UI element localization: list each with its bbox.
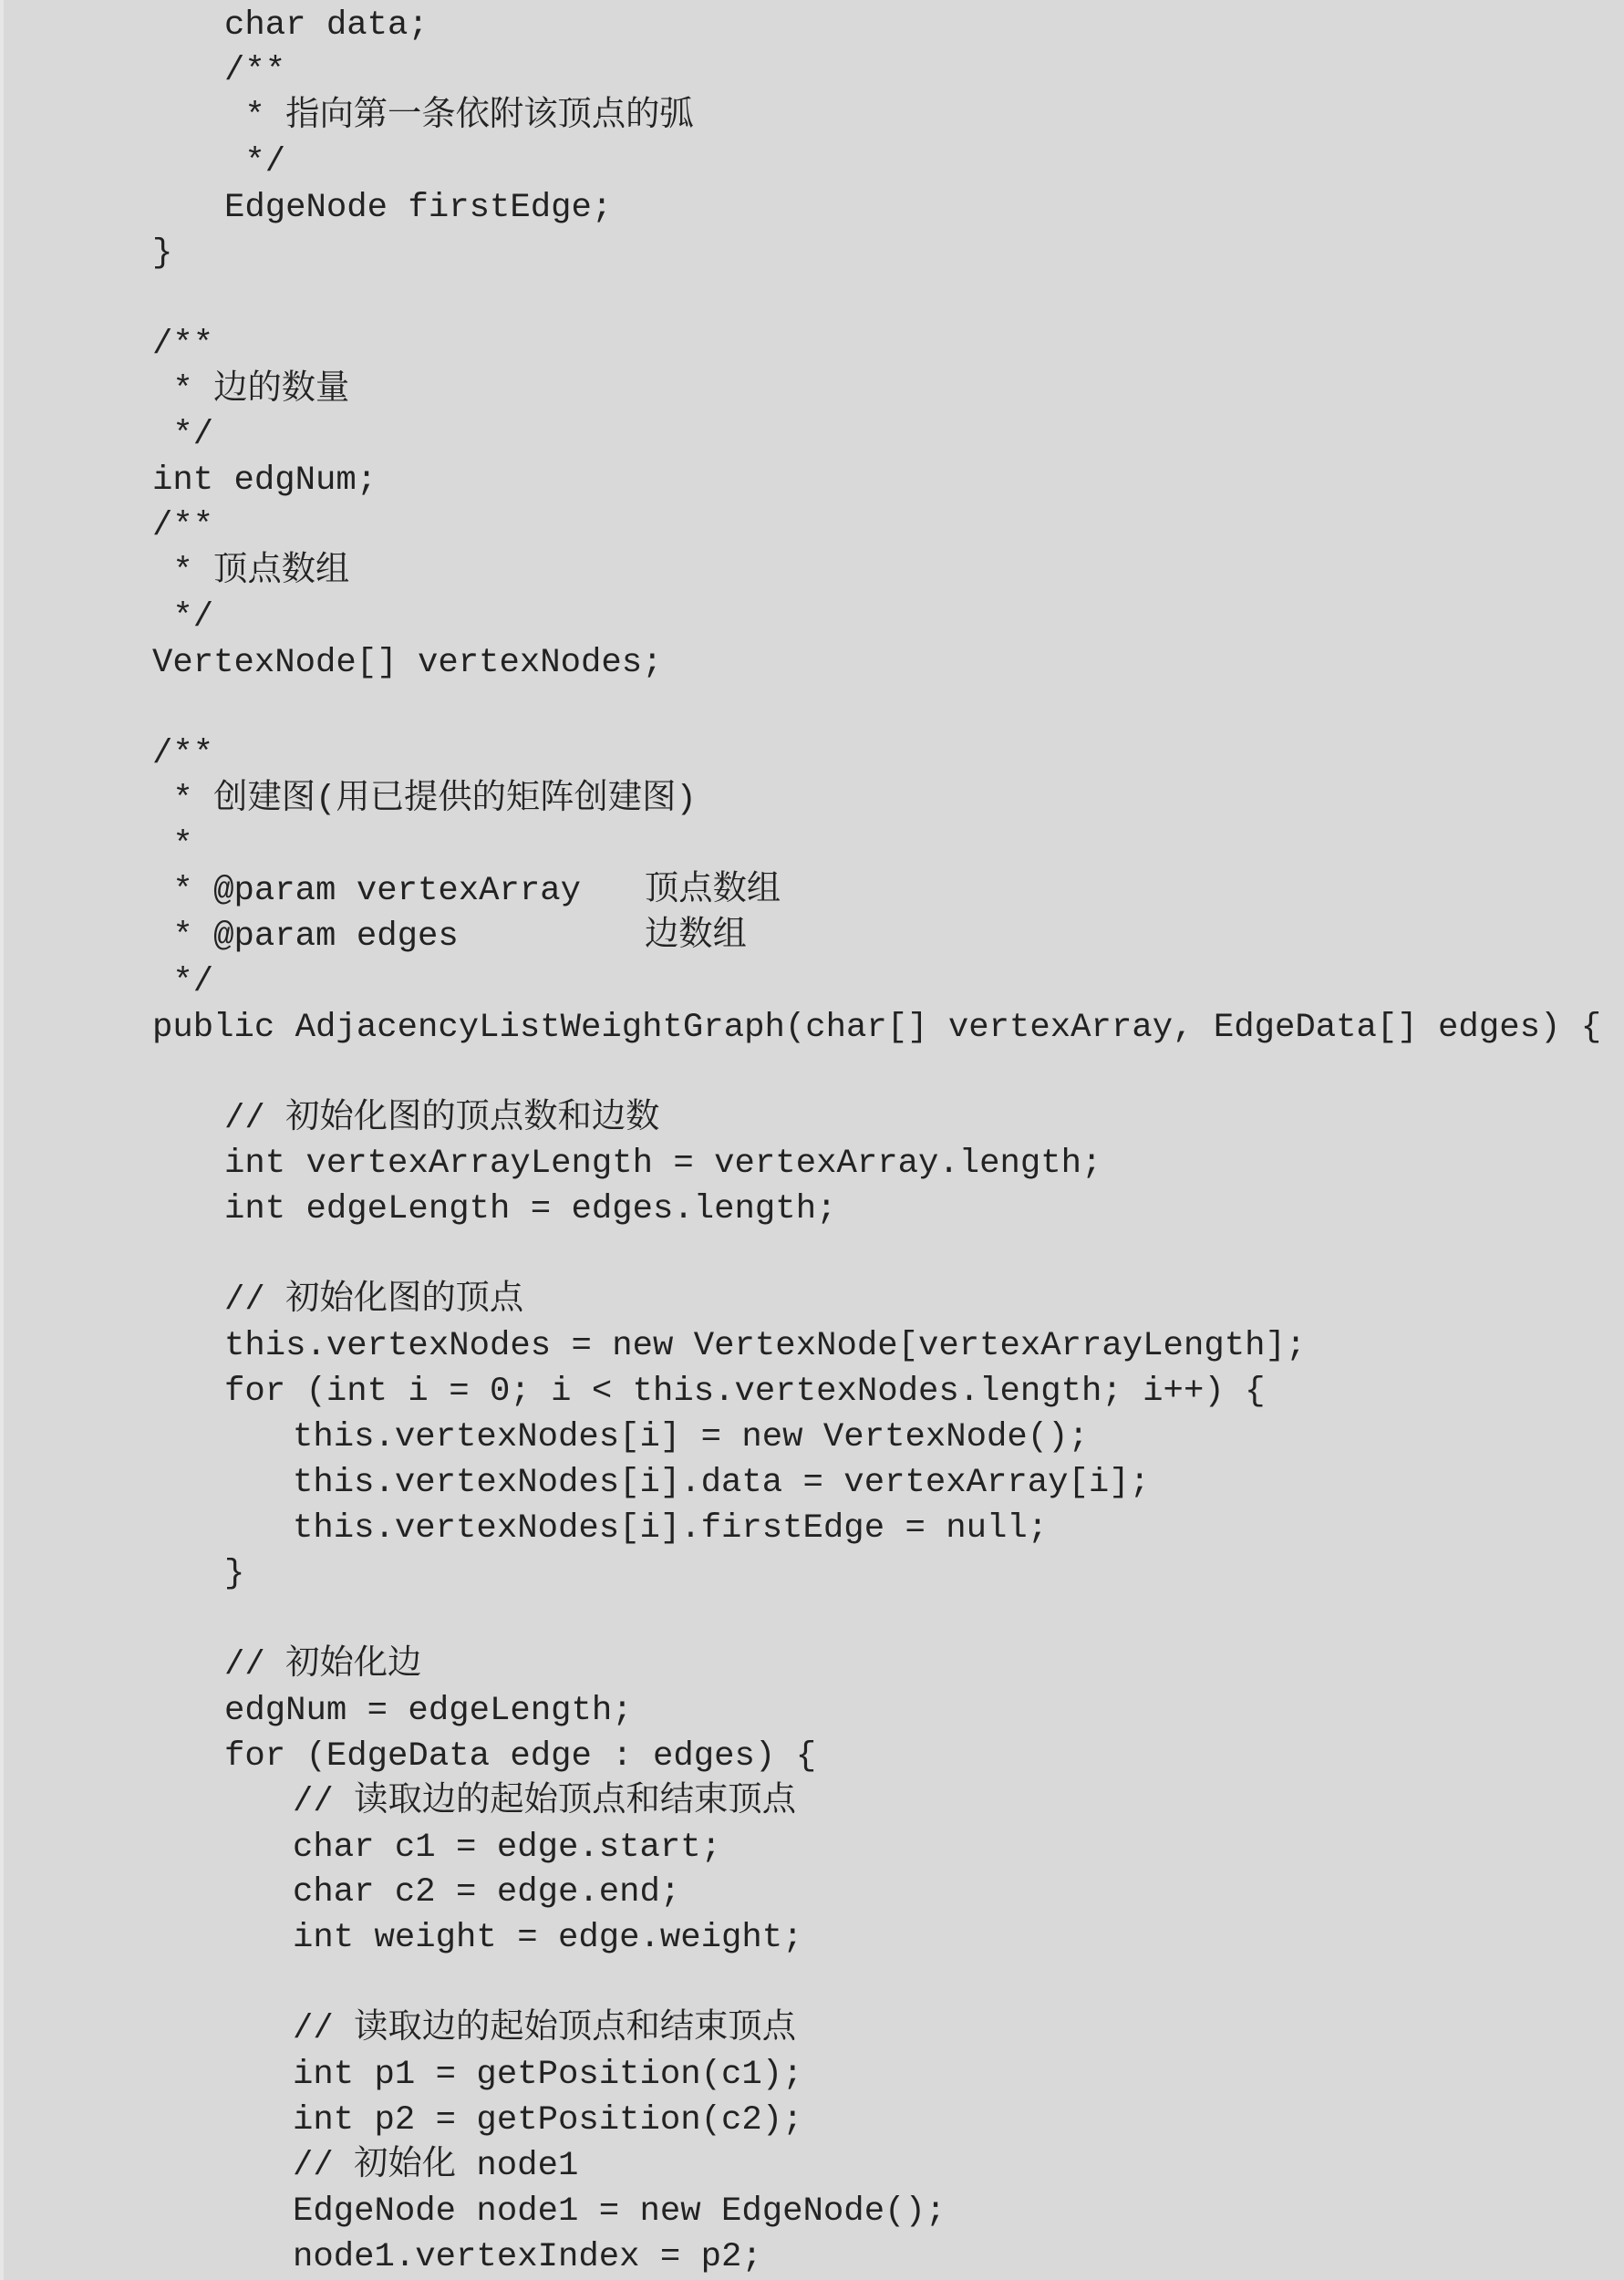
code-line: * @param edges边数组 bbox=[0, 915, 1624, 960]
code-line: // 初始化图的顶点数和边数 bbox=[0, 1097, 1624, 1143]
comment-text: * 边的数量 bbox=[152, 368, 349, 414]
code-line: EdgeNode firstEdge; bbox=[0, 186, 1624, 232]
code-line: /** bbox=[0, 504, 1624, 550]
blank-line bbox=[0, 1962, 1624, 2007]
line-comment: // 初始化图的顶点数和边数 bbox=[224, 1097, 659, 1143]
code-line: this.vertexNodes[i].firstEdge = null; bbox=[0, 1507, 1624, 1552]
code-line: // 读取边的起始顶点和结束顶点 bbox=[0, 1780, 1624, 1826]
code-text: this.vertexNodes[i].firstEdge = null; bbox=[293, 1507, 1048, 1552]
comment-close: */ bbox=[152, 960, 213, 1006]
line-comment: // 读取边的起始顶点和结束顶点 bbox=[293, 2007, 796, 2053]
code-line: // 初始化图的顶点 bbox=[0, 1279, 1624, 1324]
code-line: EdgeNode node1 = new EdgeNode(); bbox=[0, 2190, 1624, 2235]
code-text: this.vertexNodes = new VertexNode[vertex… bbox=[224, 1324, 1306, 1370]
comment-close: */ bbox=[152, 413, 213, 459]
code-line: this.vertexNodes = new VertexNode[vertex… bbox=[0, 1324, 1624, 1370]
code-line: char c2 = edge.end; bbox=[0, 1871, 1624, 1916]
code-text: for (int i = 0; i < this.vertexNodes.len… bbox=[224, 1370, 1265, 1415]
code-listing: char data; /** * 指向第一条依附该顶点的弧 */ EdgeNod… bbox=[0, 4, 1624, 2280]
code-text: char c2 = edge.end; bbox=[293, 1871, 680, 1916]
comment-open: /** bbox=[152, 323, 213, 368]
comment-text: * bbox=[152, 824, 193, 869]
code-text: int edgNum; bbox=[152, 459, 377, 504]
code-line: * 创建图(用已提供的矩阵创建图) bbox=[0, 778, 1624, 824]
comment-text: * 指向第一条依附该顶点的弧 bbox=[224, 95, 694, 140]
code-text: edgNum = edgeLength; bbox=[224, 1689, 633, 1735]
code-text: this.vertexNodes[i].data = vertexArray[i… bbox=[293, 1461, 1150, 1507]
param-description: 顶点数组 bbox=[645, 869, 781, 915]
comment-open: /** bbox=[152, 732, 213, 778]
code-line: // 初始化边 bbox=[0, 1643, 1624, 1689]
code-line: } bbox=[0, 232, 1624, 277]
code-line: /** bbox=[0, 49, 1624, 95]
blank-line bbox=[0, 1052, 1624, 1097]
code-line: */ bbox=[0, 960, 1624, 1006]
code-line: * 顶点数组 bbox=[0, 550, 1624, 596]
code-line: this.vertexNodes[i] = new VertexNode(); bbox=[0, 1415, 1624, 1461]
param-tag: * @param edges bbox=[152, 915, 459, 960]
code-line: for (int i = 0; i < this.vertexNodes.len… bbox=[0, 1370, 1624, 1415]
code-line: this.vertexNodes[i].data = vertexArray[i… bbox=[0, 1461, 1624, 1507]
line-comment: // 初始化 node1 bbox=[293, 2144, 578, 2190]
code-line: /** bbox=[0, 323, 1624, 368]
code-line: */ bbox=[0, 413, 1624, 459]
code-text: int vertexArrayLength = vertexArray.leng… bbox=[224, 1142, 1102, 1187]
code-text: int p2 = getPosition(c2); bbox=[293, 2099, 803, 2144]
code-line: } bbox=[0, 1552, 1624, 1598]
code-line: * @param vertexArray顶点数组 bbox=[0, 869, 1624, 915]
code-line: int weight = edge.weight; bbox=[0, 1916, 1624, 1962]
closing-brace: } bbox=[152, 232, 172, 277]
comment-text: * 顶点数组 bbox=[152, 550, 349, 596]
line-comment: // 初始化图的顶点 bbox=[224, 1279, 523, 1324]
code-text: this.vertexNodes[i] = new VertexNode(); bbox=[293, 1415, 1089, 1461]
blank-line bbox=[0, 1598, 1624, 1643]
code-line: public AdjacencyListWeightGraph(char[] v… bbox=[0, 1006, 1624, 1052]
code-text: int weight = edge.weight; bbox=[293, 1916, 803, 1962]
code-line: // 读取边的起始顶点和结束顶点 bbox=[0, 2007, 1624, 2053]
comment-open: /** bbox=[224, 49, 285, 95]
code-line: VertexNode[] vertexNodes; bbox=[0, 641, 1624, 687]
code-line: for (EdgeData edge : edges) { bbox=[0, 1735, 1624, 1780]
blank-line bbox=[0, 277, 1624, 323]
code-line: // 初始化 node1 bbox=[0, 2144, 1624, 2190]
code-line: char c1 = edge.start; bbox=[0, 1826, 1624, 1871]
code-text: char c1 = edge.start; bbox=[293, 1826, 721, 1871]
param-tag: * @param vertexArray bbox=[152, 869, 581, 915]
code-text: EdgeNode node1 = new EdgeNode(); bbox=[293, 2190, 946, 2235]
method-signature: public AdjacencyListWeightGraph(char[] v… bbox=[152, 1006, 1601, 1052]
code-text: int p1 = getPosition(c1); bbox=[293, 2053, 803, 2099]
param-description: 边数组 bbox=[645, 915, 747, 960]
code-line: edgNum = edgeLength; bbox=[0, 1689, 1624, 1735]
code-text: char data; bbox=[224, 4, 429, 49]
blank-line bbox=[0, 1233, 1624, 1279]
code-line: int p2 = getPosition(c2); bbox=[0, 2099, 1624, 2144]
code-line: char data; bbox=[0, 4, 1624, 49]
code-line: int p1 = getPosition(c1); bbox=[0, 2053, 1624, 2099]
code-line: * bbox=[0, 824, 1624, 869]
comment-close: */ bbox=[152, 596, 213, 641]
code-text: EdgeNode firstEdge; bbox=[224, 186, 612, 232]
code-line: int vertexArrayLength = vertexArray.leng… bbox=[0, 1142, 1624, 1187]
blank-line bbox=[0, 687, 1624, 732]
code-text: node1.vertexIndex = p2; bbox=[293, 2235, 762, 2280]
comment-close: */ bbox=[224, 140, 285, 186]
code-line: int edgNum; bbox=[0, 459, 1624, 504]
closing-brace: } bbox=[224, 1552, 244, 1598]
code-text: VertexNode[] vertexNodes; bbox=[152, 641, 663, 687]
comment-open: /** bbox=[152, 504, 213, 550]
code-line: */ bbox=[0, 140, 1624, 186]
code-line: node1.vertexIndex = p2; bbox=[0, 2235, 1624, 2280]
code-line: * 指向第一条依附该顶点的弧 bbox=[0, 95, 1624, 140]
code-text: int edgeLength = edges.length; bbox=[224, 1187, 836, 1233]
code-line: */ bbox=[0, 596, 1624, 641]
line-comment: // 初始化边 bbox=[224, 1643, 421, 1689]
line-comment: // 读取边的起始顶点和结束顶点 bbox=[293, 1780, 796, 1826]
code-line: /** bbox=[0, 732, 1624, 778]
code-line: int edgeLength = edges.length; bbox=[0, 1187, 1624, 1233]
comment-text: * 创建图(用已提供的矩阵创建图) bbox=[152, 778, 697, 824]
code-line: * 边的数量 bbox=[0, 368, 1624, 414]
code-text: for (EdgeData edge : edges) { bbox=[224, 1735, 816, 1780]
